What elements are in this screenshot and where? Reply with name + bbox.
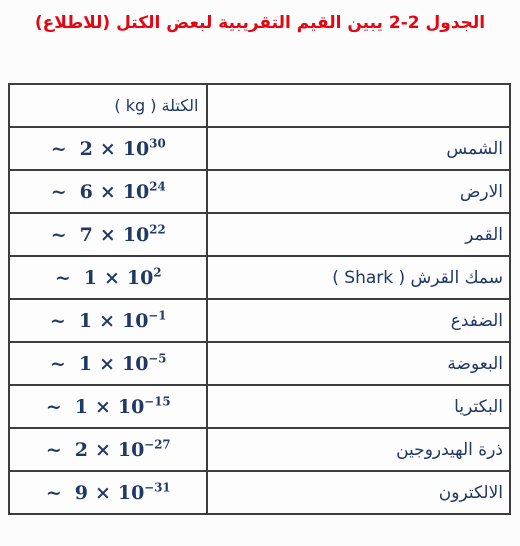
object-name: البكتريا bbox=[454, 397, 503, 417]
approx-symbol: ~ bbox=[46, 482, 62, 504]
table-body: الكتلة ( kg ) الشمس ~2×1030 الارض ~6×102… bbox=[9, 84, 510, 514]
object-name-cell: البعوضة bbox=[207, 342, 510, 385]
power-base: 10 bbox=[127, 267, 153, 289]
power-base: 10 bbox=[118, 396, 144, 418]
object-name: البعوضة bbox=[447, 354, 503, 374]
power-exponent: 2 bbox=[153, 265, 161, 279]
mass-column-header-cell: الكتلة ( kg ) bbox=[9, 84, 207, 127]
power-exponent: −5 bbox=[148, 351, 166, 365]
mass-column-header-label: الكتلة ( kg ) bbox=[114, 96, 198, 115]
multiply-sign: × bbox=[100, 181, 116, 203]
approx-symbol: ~ bbox=[50, 310, 66, 332]
power-exponent: −15 bbox=[144, 394, 170, 408]
multiply-sign: × bbox=[95, 396, 111, 418]
object-name: القمر bbox=[465, 225, 503, 245]
mass-coefficient: 6 bbox=[80, 181, 93, 203]
mass-coefficient: 9 bbox=[75, 482, 88, 504]
mass-value: ~1×10−1 bbox=[50, 310, 167, 332]
table-row: الشمس ~2×1030 bbox=[9, 127, 510, 170]
mass-table: الكتلة ( kg ) الشمس ~2×1030 الارض ~6×102… bbox=[8, 83, 511, 515]
mass-value-cell: ~9×10−31 bbox=[9, 471, 207, 514]
table-row: القمر ~7×1022 bbox=[9, 213, 510, 256]
power-exponent: −1 bbox=[148, 308, 166, 322]
table-row: سمك القرش ( Shark ) ~1×102 bbox=[9, 256, 510, 299]
mass-value-cell: ~1×10−15 bbox=[9, 385, 207, 428]
multiply-sign: × bbox=[100, 224, 116, 246]
mass-value-cell: ~2×1030 bbox=[9, 127, 207, 170]
object-name-cell: الشمس bbox=[207, 127, 510, 170]
approx-symbol: ~ bbox=[46, 396, 62, 418]
mass-coefficient: 1 bbox=[79, 310, 92, 332]
mass-value: ~1×10−5 bbox=[50, 353, 167, 375]
power-base: 10 bbox=[122, 353, 148, 375]
mass-value-cell: ~1×102 bbox=[9, 256, 207, 299]
mass-value-cell: ~2×10−27 bbox=[9, 428, 207, 471]
object-name-cell: القمر bbox=[207, 213, 510, 256]
object-name: الارض bbox=[460, 182, 503, 202]
object-name-cell: الضفدع bbox=[207, 299, 510, 342]
mass-coefficient: 1 bbox=[75, 396, 88, 418]
power-base: 10 bbox=[123, 181, 149, 203]
object-name: سمك القرش ( Shark ) bbox=[332, 268, 503, 288]
power-exponent: −27 bbox=[144, 437, 170, 451]
object-name-cell: البكتريا bbox=[207, 385, 510, 428]
power-base: 10 bbox=[118, 482, 144, 504]
power-base: 10 bbox=[118, 439, 144, 461]
approx-symbol: ~ bbox=[50, 353, 66, 375]
object-name: الشمس bbox=[446, 139, 503, 159]
table-row: ذرة الهيدروجين ~2×10−27 bbox=[9, 428, 510, 471]
object-name: الضفدع bbox=[451, 311, 503, 331]
approx-symbol: ~ bbox=[51, 181, 67, 203]
multiply-sign: × bbox=[104, 267, 120, 289]
object-name-cell: ذرة الهيدروجين bbox=[207, 428, 510, 471]
object-column-header-cell bbox=[207, 84, 510, 127]
power-base: 10 bbox=[123, 224, 149, 246]
mass-value: ~2×10−27 bbox=[46, 439, 171, 461]
mass-value-cell: ~7×1022 bbox=[9, 213, 207, 256]
table-row: الالكترون ~9×10−31 bbox=[9, 471, 510, 514]
table-row: الضفدع ~1×10−1 bbox=[9, 299, 510, 342]
mass-value: ~9×10−31 bbox=[46, 482, 171, 504]
mass-coefficient: 2 bbox=[75, 439, 88, 461]
mass-value: ~1×102 bbox=[55, 267, 162, 289]
table-row: البعوضة ~1×10−5 bbox=[9, 342, 510, 385]
mass-value-cell: ~1×10−5 bbox=[9, 342, 207, 385]
mass-value: ~1×10−15 bbox=[46, 396, 171, 418]
power-exponent: 30 bbox=[149, 136, 165, 150]
mass-value-cell: ~6×1024 bbox=[9, 170, 207, 213]
object-name-cell: الالكترون bbox=[207, 471, 510, 514]
mass-value-cell: ~1×10−1 bbox=[9, 299, 207, 342]
mass-coefficient: 2 bbox=[80, 138, 93, 160]
table-row: البكتريا ~1×10−15 bbox=[9, 385, 510, 428]
table-row: الارض ~6×1024 bbox=[9, 170, 510, 213]
approx-symbol: ~ bbox=[55, 267, 71, 289]
power-exponent: −31 bbox=[144, 480, 170, 494]
multiply-sign: × bbox=[100, 138, 116, 160]
table-header-row: الكتلة ( kg ) bbox=[9, 84, 510, 127]
object-name: الالكترون bbox=[439, 483, 503, 503]
mass-value: ~2×1030 bbox=[51, 138, 166, 160]
approx-symbol: ~ bbox=[46, 439, 62, 461]
mass-coefficient: 1 bbox=[84, 267, 97, 289]
multiply-sign: × bbox=[95, 482, 111, 504]
object-name-cell: الارض bbox=[207, 170, 510, 213]
power-exponent: 22 bbox=[149, 222, 165, 236]
object-name: ذرة الهيدروجين bbox=[396, 440, 503, 460]
approx-symbol: ~ bbox=[51, 224, 67, 246]
power-exponent: 24 bbox=[149, 179, 165, 193]
mass-value: ~6×1024 bbox=[51, 181, 166, 203]
object-name-cell: سمك القرش ( Shark ) bbox=[207, 256, 510, 299]
mass-value: ~7×1022 bbox=[51, 224, 166, 246]
multiply-sign: × bbox=[95, 439, 111, 461]
approx-symbol: ~ bbox=[51, 138, 67, 160]
power-base: 10 bbox=[123, 138, 149, 160]
multiply-sign: × bbox=[99, 353, 115, 375]
page-title: الجدول 2-2 يبين القيم التقريبية لبعض الك… bbox=[0, 13, 520, 33]
mass-coefficient: 1 bbox=[79, 353, 92, 375]
mass-coefficient: 7 bbox=[80, 224, 93, 246]
multiply-sign: × bbox=[99, 310, 115, 332]
power-base: 10 bbox=[122, 310, 148, 332]
